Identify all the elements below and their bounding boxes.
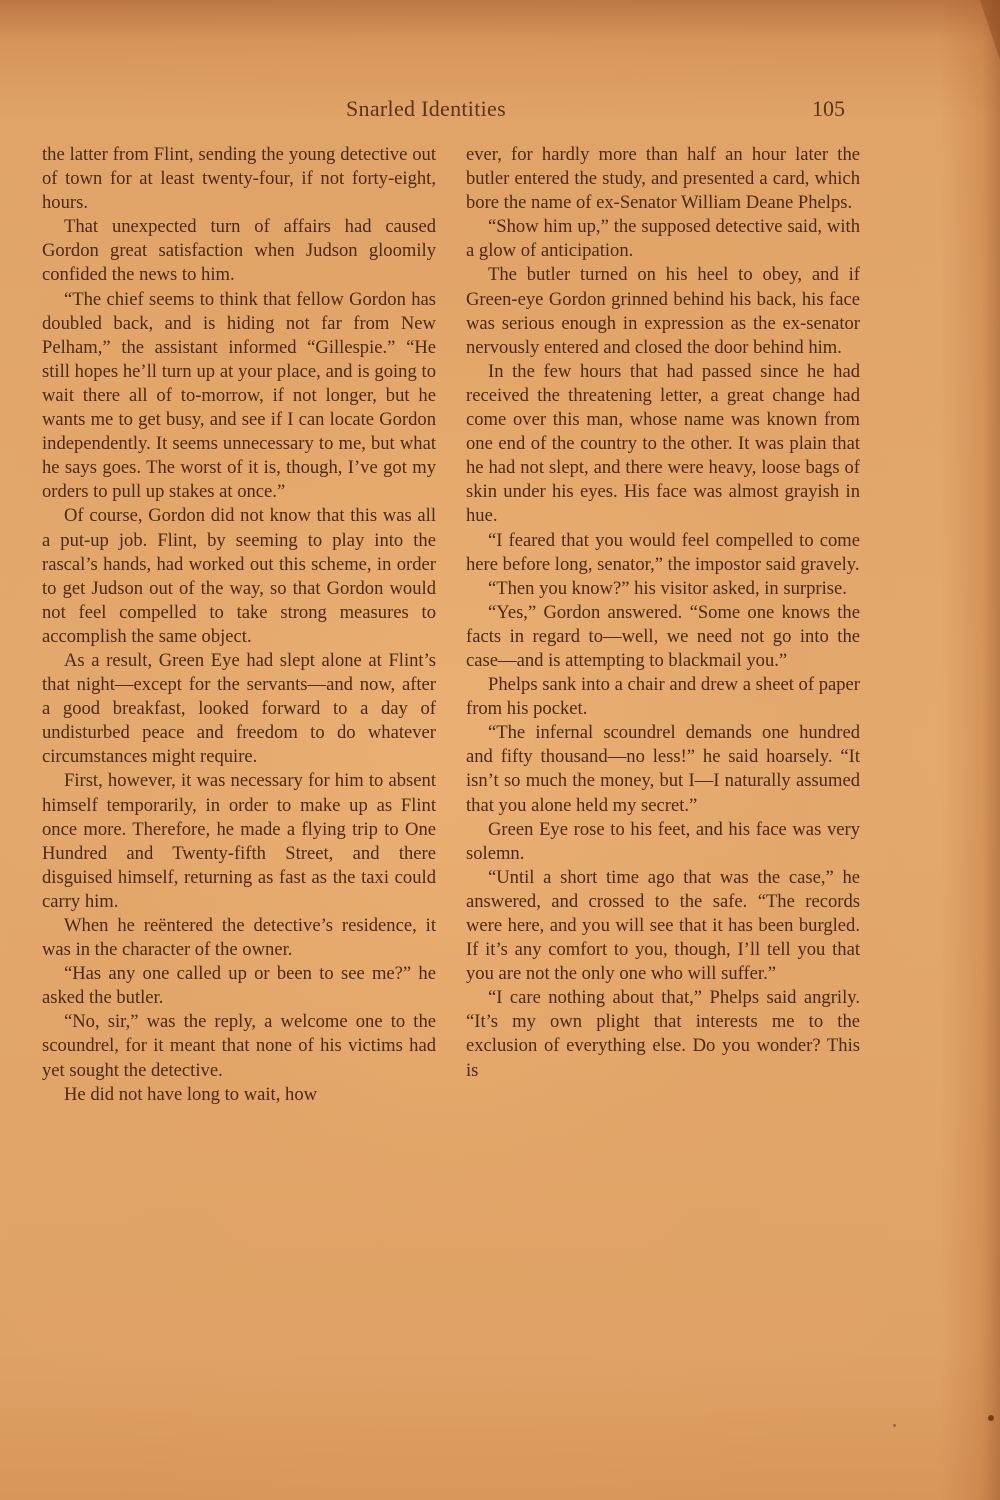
paragraph: “No, sir,” was the reply, a welcome one … bbox=[42, 1010, 436, 1082]
paragraph: That unexpected turn of affairs had caus… bbox=[42, 215, 436, 287]
paragraph: “The chief seems to think that fel­low G… bbox=[42, 288, 436, 505]
running-title: Snarled Identities bbox=[346, 96, 506, 122]
page-header: Snarled Identities 105 bbox=[0, 96, 1000, 130]
paper-speck bbox=[988, 1415, 994, 1421]
right-text-column: ever, for hardly more than half an hour … bbox=[466, 143, 860, 1083]
page-corner-shadow bbox=[980, 0, 1000, 60]
paragraph: the latter from Flint, sending the young… bbox=[42, 143, 436, 215]
paragraph: “Then you know?” his visitor asked, in s… bbox=[466, 577, 860, 601]
paragraph: “I care nothing about that,” Phelps said… bbox=[466, 986, 860, 1082]
paragraph: “Yes,” Gordon answered. “Some one knows … bbox=[466, 601, 860, 673]
paragraph: Phelps sank into a chair and drew a shee… bbox=[466, 673, 860, 721]
paragraph: ever, for hardly more than half an hour … bbox=[466, 143, 860, 215]
paragraph: Of course, Gordon did not know that this… bbox=[42, 504, 436, 649]
paragraph: First, however, it was necessary for him… bbox=[42, 769, 436, 914]
page-number: 105 bbox=[812, 96, 845, 122]
paragraph: As a result, Green Eye had slept alone a… bbox=[42, 649, 436, 769]
paragraph: “Has any one called up or been to see me… bbox=[42, 962, 436, 1010]
paragraph: “I feared that you would feel com­pelled… bbox=[466, 529, 860, 577]
paragraph: “Show him up,” the supposed detec­tive s… bbox=[466, 215, 860, 263]
paragraph: The butler turned on his heel to obey, a… bbox=[466, 263, 860, 359]
paragraph: In the few hours that had passed since h… bbox=[466, 360, 860, 529]
paper-speck bbox=[893, 1424, 896, 1427]
paragraph: Green Eye rose to his feet, and his face… bbox=[466, 818, 860, 866]
paragraph: “Until a short time ago that was the cas… bbox=[466, 866, 860, 986]
book-page: Snarled Identities 105 the latter from F… bbox=[0, 0, 1000, 1500]
paragraph: He did not have long to wait, how­ bbox=[42, 1083, 436, 1107]
left-text-column: the latter from Flint, sending the young… bbox=[42, 143, 436, 1107]
paragraph: When he reëntered the detective’s reside… bbox=[42, 914, 436, 962]
paragraph: “The infernal scoundrel demands one hund… bbox=[466, 721, 860, 817]
